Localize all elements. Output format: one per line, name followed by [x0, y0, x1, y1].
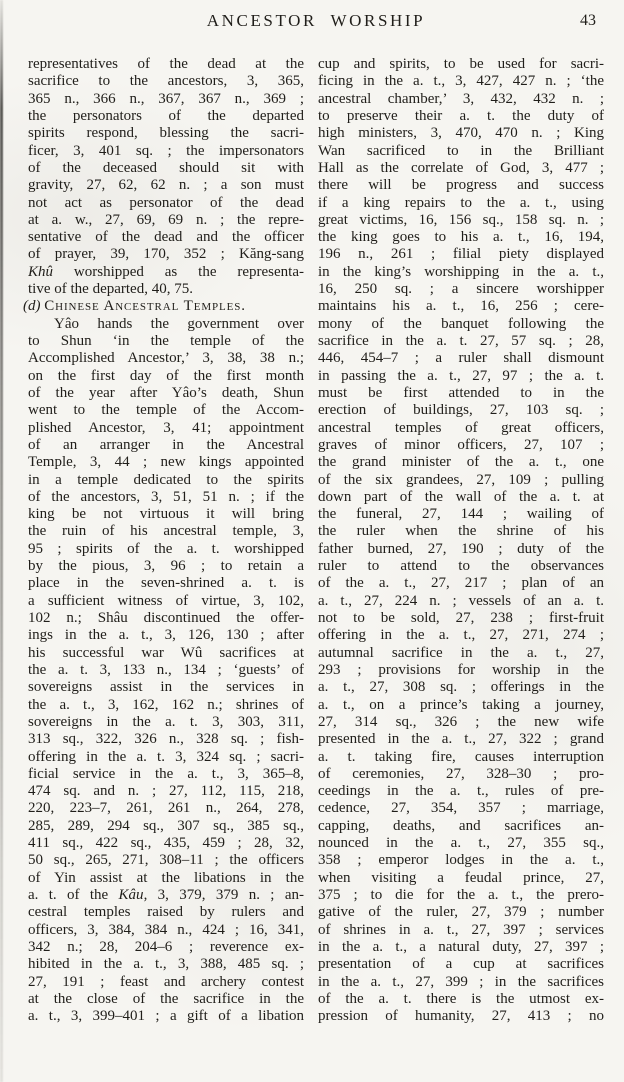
index-line: representatives of the dead at the: [28, 56, 304, 73]
index-line: king be not virtuous it will bring: [28, 506, 304, 523]
index-line: cestral temples raised by rulers and: [28, 904, 304, 921]
index-line: ancestral temples of great officers,: [318, 420, 604, 437]
index-line: graves of minor officers, 27, 107 ;: [318, 437, 604, 454]
index-line: not to be sold, 27, 238 ; first-fruit: [318, 610, 604, 627]
index-line: if a king repairs to the a. t., using: [318, 195, 604, 212]
index-line: 102 n.; Shâu discontinued the offer-: [28, 610, 304, 627]
index-line: of shrines in a. t., 27, 397 ; services: [318, 922, 604, 939]
index-line: offering in the a. t. 3, 324 sq. ; sacri…: [28, 749, 304, 766]
index-line: of the deceased should sit with: [28, 160, 304, 177]
index-line: sentative of the dead and the officer: [28, 229, 304, 246]
index-line: when visiting a feudal prince, 27,: [318, 870, 604, 887]
index-line: 285, 289, 294 sq., 307 sq., 385 sq.,: [28, 818, 304, 835]
index-line: Accomplished Ancestor,’ 3, 38, 38 n.;: [28, 350, 304, 367]
index-line: the ruin of his ancestral temple, 3,: [28, 523, 304, 540]
index-line: of prayer, 39, 170, 352 ; Kăng-sang: [28, 246, 304, 263]
index-line: to Shun ‘in the temple of the: [28, 333, 304, 350]
index-line: a. t., 27, 308 sq. ; offerings in the: [318, 679, 604, 696]
section-heading: (d) Chinese Ancestral Temples.: [23, 298, 304, 315]
index-line: Wan sacrificed to in the Brilliant: [318, 143, 604, 160]
index-line: of Yin assist at the libations in the: [28, 870, 304, 887]
index-line: tive of the departed, 40, 75.: [28, 281, 304, 298]
index-line: in passing the a. t., 27, 97 ; the a. t.: [318, 368, 604, 385]
index-line: ficer, 3, 401 sq. ; the impersonators: [28, 143, 304, 160]
index-line: 50 sq., 265, 271, 308–11 ; the officers: [28, 852, 304, 869]
index-line: 365 n., 366 n., 367, 367 n., 369 ;: [28, 91, 304, 108]
index-line: a. t., on a prince’s taking a journey,: [318, 697, 604, 714]
index-line: mony of the banquet following the: [318, 316, 604, 333]
index-line: must be first attended to in the: [318, 385, 604, 402]
index-line: of the a. t., 27, 217 ; plan of an: [318, 575, 604, 592]
index-line: the a. t. 3, 133 n., 134 ; ‘guests’ of: [28, 662, 304, 679]
index-line: autumnal sacrifice in the a. t., 27,: [318, 645, 604, 662]
index-line: 358 ; emperor lodges in the a. t.,: [318, 852, 604, 869]
small-caps-text: Chinese Ancestral Temples.: [44, 298, 246, 314]
index-line: 411 sq., 422 sq., 435, 459 ; 28, 32,: [28, 835, 304, 852]
index-line: offering in the a. t., 27, 271, 274 ;: [318, 627, 604, 644]
index-line: 342 n.; 28, 204–6 ; reverence ex-: [28, 939, 304, 956]
index-line: by the pious, 3, 96 ; to retain a: [28, 558, 304, 575]
index-line: there will be progress and success: [318, 177, 604, 194]
index-line: of the a. t. there is the utmost ex-: [318, 991, 604, 1008]
index-line: in the a. t., a natural duty, 27, 397 ;: [318, 939, 604, 956]
index-line: a. t. of the Kâu, 3, 379, 379 n. ; an-: [28, 887, 304, 904]
index-line: cedence, 27, 354, 357 ; marriage,: [318, 800, 604, 817]
index-line: ancestral chamber,’ 3, 432, 432 n. ;: [318, 91, 604, 108]
index-line: ceedings in the a. t., rules of pre-: [318, 783, 604, 800]
index-line: maintains his a. t., 16, 256 ; cere-: [318, 298, 604, 315]
index-line: of an arranger in the Ancestral: [28, 437, 304, 454]
index-line: 196 n., 261 ; filial piety displayed: [318, 246, 604, 263]
index-line: the king goes to his a. t., 16, 194,: [318, 229, 604, 246]
index-line: officers, 3, 384, 384 n., 424 ; 16, 341,: [28, 922, 304, 939]
index-line: gative of the ruler, 27, 379 ; number: [318, 904, 604, 921]
index-line: plished Ancestor, 3, 41; appointment: [28, 420, 304, 437]
index-line: hibited in the a. t., 3, 388, 485 sq. ;: [28, 956, 304, 973]
index-line: great victims, 16, 156 sq., 158 sq. n. ;: [318, 212, 604, 229]
index-line: 95 ; spirits of the a. t. worshipped: [28, 541, 304, 558]
index-line: the ruler when the shrine of his: [318, 523, 604, 540]
index-line: high ministers, 3, 470, 470 n. ; King: [318, 125, 604, 142]
index-line: the funeral, 27, 144 ; wailing of: [318, 506, 604, 523]
index-line: spirits respond, blessing the sacri-: [28, 125, 304, 142]
index-line: 474 sq. and n. ; 27, 112, 115, 218,: [28, 783, 304, 800]
index-line: 313 sq., 322, 326 n., 328 sq. ; fish-: [28, 731, 304, 748]
index-line: the personators of the departed: [28, 108, 304, 125]
index-line: sacrifice to the ancestors, 3, 365,: [28, 73, 304, 90]
index-line: the a. t., 3, 162, 162 n.; shrines of: [28, 697, 304, 714]
index-line: of the year after Yâo’s death, Shun: [28, 385, 304, 402]
index-line: his successful war Wû sacrifices at: [28, 645, 304, 662]
index-line: a sufficient witness of virtue, 3, 102,: [28, 593, 304, 610]
index-line: of the ancestors, 3, 51, 51 n. ; if the: [28, 489, 304, 506]
index-line: ficing in the a. t., 3, 427, 427 n. ; ‘t…: [318, 73, 604, 90]
index-line: went to the temple of the Accom-: [28, 402, 304, 419]
index-line: capping, deaths, and sacrifices an-: [318, 818, 604, 835]
index-column-left: representatives of the dead at thesacrif…: [28, 56, 304, 1026]
index-line: presentation of a cup at sacrifices: [318, 956, 604, 973]
index-line: Khû worshipped as the representa-: [28, 264, 304, 281]
index-line: presented in the a. t., 27, 322 ; grand: [318, 731, 604, 748]
index-line: ficial service in the a. t., 3, 365–8,: [28, 766, 304, 783]
index-line: at the close of the sacrifice in the: [28, 991, 304, 1008]
index-line: in the a. t., 27, 399 ; in the sacrifice…: [318, 974, 604, 991]
page-number: 43: [580, 12, 596, 30]
index-line: 16, 250 sq. ; a sincere worshipper: [318, 281, 604, 298]
index-line: Temple, 3, 44 ; new kings appointed: [28, 454, 304, 471]
book-page: ANCESTOR WORSHIP 43 representatives of t…: [0, 0, 624, 1082]
index-line: 27, 191 ; feast and archery contest: [28, 974, 304, 991]
index-line: gravity, 27, 62, 62 n. ; a son must: [28, 177, 304, 194]
index-line: down part of the wall of the a. t. at: [318, 489, 604, 506]
index-line: place in the seven-shrined a. t. is: [28, 575, 304, 592]
index-line: at a. w., 27, 69, 69 n. ; the repre-: [28, 212, 304, 229]
index-line: 446, 454–7 ; a ruler shall dismount: [318, 350, 604, 367]
index-line: Hall as the correlate of God, 3, 477 ;: [318, 160, 604, 177]
index-line: 220, 223–7, 261, 261 n., 264, 278,: [28, 800, 304, 817]
index-line: pression of humanity, 27, 413 ; no: [318, 1008, 604, 1025]
index-line: on the first day of the first month: [28, 368, 304, 385]
index-line: of the six grandees, 27, 109 ; pulling: [318, 472, 604, 489]
index-line: father burned, 27, 190 ; duty of the: [318, 541, 604, 558]
index-line: 293 ; provisions for worship in the: [318, 662, 604, 679]
index-line: in a temple dedicated to the spirits: [28, 472, 304, 489]
index-line: in the king’s worshipping in the a. t.,: [318, 264, 604, 281]
page-header: ANCESTOR WORSHIP 43: [28, 11, 604, 35]
index-line: erection of buildings, 27, 103 sq. ;: [318, 402, 604, 419]
index-line: nounced in the a. t., 27, 355 sq.,: [318, 835, 604, 852]
index-line: cup and spirits, to be used for sacri-: [318, 56, 604, 73]
index-line: a. t. taking fire, causes interruption: [318, 749, 604, 766]
index-line: a. t., 3, 399–401 ; a gift of a libation: [28, 1008, 304, 1025]
index-line: Yâo hands the government over: [28, 316, 304, 333]
index-line: sovereigns in the a. t. 3, 303, 311,: [28, 714, 304, 731]
index-line: the grand minister of the a. t., one: [318, 454, 604, 471]
index-line: 375 ; to die for the a. t., the prero-: [318, 887, 604, 904]
index-line: not act as personator of the dead: [28, 195, 304, 212]
index-line: a. t., 27, 224 n. ; vessels of an a. t.: [318, 593, 604, 610]
running-title: ANCESTOR WORSHIP: [28, 11, 604, 31]
index-line: sovereigns assist in the services in: [28, 679, 304, 696]
index-line: of ceremonies, 27, 328–30 ; pro-: [318, 766, 604, 783]
index-column-right: cup and spirits, to be used for sacri-fi…: [318, 56, 604, 1026]
index-line: ruler to attend to the observances: [318, 558, 604, 575]
scan-edge-artifact: [0, 0, 3, 1082]
index-line: ings in the a. t., 3, 126, 130 ; after: [28, 627, 304, 644]
index-line: sacrifice in the a. t. 27, 57 sq. ; 28,: [318, 333, 604, 350]
index-line: 27, 314 sq., 326 ; the new wife: [318, 714, 604, 731]
index-line: to preserve their a. t. the duty of: [318, 108, 604, 125]
